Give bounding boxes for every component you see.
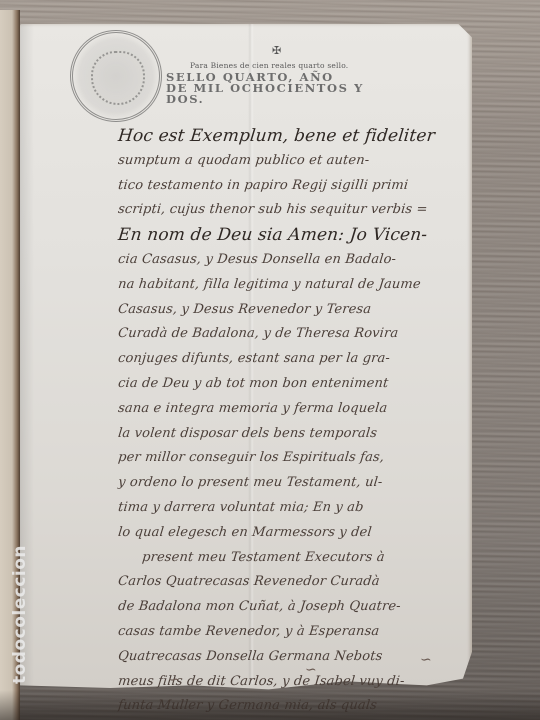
manuscript-line: per millor conseguir los Espirituals fas… <box>117 446 470 471</box>
manuscript-line: tima y darrera voluntat mia; En y ab <box>117 496 470 521</box>
manuscript-line: conjuges difunts, estant sana per la gra… <box>117 347 470 372</box>
document-photo: ✠ Para Bienes de cien reales quarto sell… <box>0 0 540 720</box>
manuscript-line: lo qual elegesch en Marmessors y del <box>117 521 470 546</box>
manuscript-line: tico testamento in papiro Regij sigilli … <box>117 174 470 199</box>
coat-of-arms-icon <box>91 51 145 105</box>
official-seal-stamp <box>70 30 162 122</box>
manuscript-line: casas tambe Revenedor, y à Esperansa <box>117 620 470 645</box>
page-flourish: ∽ <box>420 652 432 668</box>
bottom-shadow <box>0 690 540 720</box>
manuscript-line: scripti, cujus thenor sub his sequitur v… <box>117 198 470 223</box>
stamp-heading: Sello quarto, año de mil ochocientos y d… <box>166 72 396 105</box>
manuscript-line: cia de Deu y ab tot mon bon enteniment <box>117 372 470 397</box>
manuscript-line: Carlos Quatrecasas Revenedor Curadà <box>117 570 470 595</box>
page-flourish: ∽ <box>168 672 180 688</box>
manuscript-line: cia Casasus, y Desus Donsella en Badalo- <box>117 248 470 273</box>
manuscript-line: Casasus, y Desus Revenedor y Teresa <box>117 298 470 323</box>
manuscript-line: na habitant, filla legitima y natural de… <box>117 273 470 298</box>
manuscript-line: Hoc est Exemplum, bene et fideliter <box>117 124 470 149</box>
handwritten-text: Hoc est Exemplum, bene et fideliter sump… <box>118 124 468 719</box>
manuscript-line: de Badalona mon Cuñat, à Joseph Quatre- <box>117 595 470 620</box>
manuscript-line: sana e integra memoria y ferma loquela <box>117 397 470 422</box>
page-flourish: ∽ <box>305 662 317 678</box>
watermark-text: todocoleccion <box>10 545 30 684</box>
manuscript-line: y ordeno lo present meu Testament, ul- <box>117 471 470 496</box>
stamp-heading-line: dos. <box>166 94 396 105</box>
cross-icon: ✠ <box>272 44 281 57</box>
manuscript-line: present meu Testament Executors à <box>117 546 470 571</box>
manuscript-line: la volent disposar dels bens temporals <box>117 422 470 447</box>
manuscript-line: En nom de Deu sia Amen: Jo Vicen- <box>117 223 470 248</box>
manuscript-line: Curadà de Badalona, y de Theresa Rovira <box>117 322 470 347</box>
manuscript-line: sumptum a quodam publico et auten- <box>117 149 470 174</box>
manuscript-line: Quatrecasas Donsella Germana Nebots <box>117 645 470 670</box>
stamp-tagline: Para Bienes de cien reales quarto sello. <box>190 61 348 70</box>
